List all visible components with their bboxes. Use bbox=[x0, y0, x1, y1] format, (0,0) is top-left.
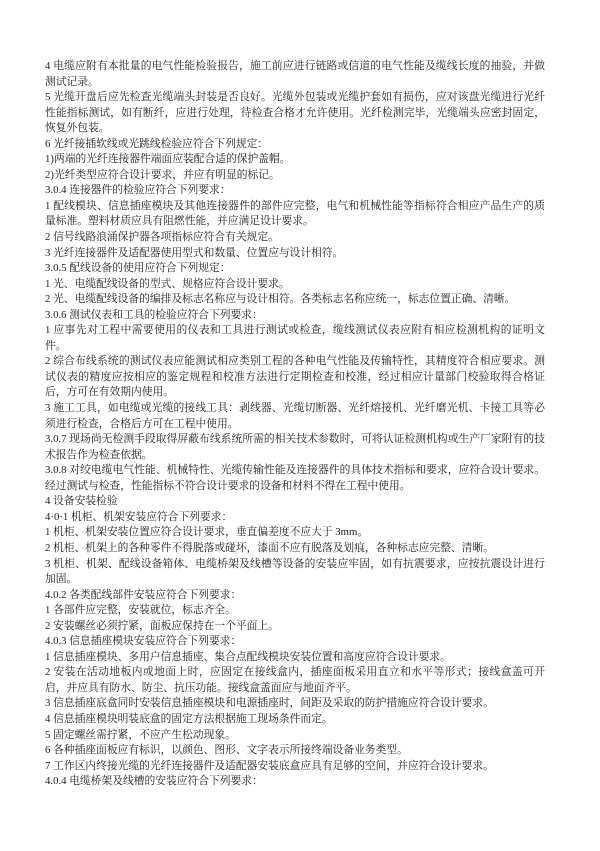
paragraph: 3.0.7 现场尚无检测手段取得屏蔽布线系统所需的相关技术参数时，可将认证检测机… bbox=[45, 432, 545, 463]
paragraph: 3 信息插座底盒同时安装信息插座模块和电源插座时，间距及采取的防护措施应符合设计… bbox=[45, 696, 545, 712]
paragraph: 1)两端的光纤连接器件端面应装配合适的保护盖帽。 bbox=[45, 152, 545, 168]
document-page: 4 电缆应附有本批量的电气性能检验报告，施工前应进行链路或信道的电气性能及缆线长… bbox=[0, 0, 600, 851]
paragraph: 5 固定螺丝需拧紧，不应产生松动现象。 bbox=[45, 728, 545, 744]
paragraph: 3 施工工具，如电缆或光缆的接线工具：剥线器、光缆切断器、光纤熔接机、光纤磨光机… bbox=[45, 401, 545, 432]
paragraph: 1 机柜、机架安装位置应符合设计要求，垂直偏差度不应大于 3mm。 bbox=[45, 525, 545, 541]
paragraph: 6 各种插座面板应有标识，以颜色、图形、文字表示所接终端设备业务类型。 bbox=[45, 743, 545, 759]
paragraph: 5 光缆开盘后应先检查光缆端头封装是否良好。光缆外包装或光缆护套如有损伤，应对该… bbox=[45, 90, 545, 137]
paragraph: 2 安装螺丝必须拧紧，面板应保持在一个平面上。 bbox=[45, 619, 545, 635]
paragraph: 4 信息插座模块明装底盒的固定方法根据施工现场条件而定。 bbox=[45, 712, 545, 728]
paragraph: 1 信息插座模块、多用户信息插座、集合点配线模块安装位置和高度应符合设计要求。 bbox=[45, 650, 545, 666]
paragraph: 4 电缆应附有本批量的电气性能检验报告，施工前应进行链路或信道的电气性能及缆线长… bbox=[45, 59, 545, 90]
paragraph: 6 光纤接插软线或光跳线检验应符合下列规定： bbox=[45, 137, 545, 153]
page-content: 4 电缆应附有本批量的电气性能检验报告，施工前应进行链路或信道的电气性能及缆线长… bbox=[45, 59, 545, 790]
paragraph: 2 综合布线系统的测试仪表应能测试相应类别工程的各种电气性能及传输特性，其精度符… bbox=[45, 354, 545, 401]
paragraph: 1 各部件应完整，安装就位，标志齐全。 bbox=[45, 603, 545, 619]
paragraph: 1 应事先对工程中需要使用的仪表和工具进行测试或检查，缆线测试仪表应附有相应检测… bbox=[45, 323, 545, 354]
paragraph: 7 工作区内终接光缆的光纤连接器件及适配器安装底盒应具有足够的空间，并应符合设计… bbox=[45, 759, 545, 775]
paragraph: 3 机柜、机架、配线设备箱体、电缆桥架及线槽等设备的安装应牢固，如有抗震要求，应… bbox=[45, 557, 545, 588]
paragraph: 2 光、电缆配线设备的编排及标志名称应与设计相符。各类标志名称应统一，标志位置正… bbox=[45, 292, 545, 308]
paragraph: 2)光纤类型应符合设计要求，并应有明显的标记。 bbox=[45, 168, 545, 184]
paragraph: 4·0·1 机柜、机架安装应符合下列要求： bbox=[45, 510, 545, 526]
paragraph: 4.0.3 信息插座模块安装应符合下列要求： bbox=[45, 634, 545, 650]
paragraph: 3.0.6 测试仪表和工具的检验应符合下列要求： bbox=[45, 308, 545, 324]
paragraph: 3.0.5 配线设备的使用应符合下列规定： bbox=[45, 261, 545, 277]
paragraph: 2 信号线路浪涌保护器各项指标应符合有关规定。 bbox=[45, 230, 545, 246]
paragraph: 4.0.4 电缆桥架及线槽的安装应符合下列要求： bbox=[45, 774, 545, 790]
paragraph: 1 配线模块、信息插座模块及其他连接器件的部件应完整，电气和机械性能等指标符合相… bbox=[45, 199, 545, 230]
paragraph: 2 安装在活动地板内或地面上时，应固定在接线盒内，插座面板采用直立和水平等形式；… bbox=[45, 665, 545, 696]
paragraph: 2 机柜、机架上的各种零件不得脱落或碰坏，漆面不应有脱落及划痕，各种标志应完整、… bbox=[45, 541, 545, 557]
paragraph: 3 光纤连接器件及适配器使用型式和数量、位置应与设计相符。 bbox=[45, 246, 545, 262]
paragraph: 4.0.2 各类配线部件安装应符合下列要求： bbox=[45, 588, 545, 604]
paragraph: 1 光、电缆配线设备的型式、规格应符合设计要求。 bbox=[45, 277, 545, 293]
paragraph: 3.0.4 连接器件的检验应符合下列要求： bbox=[45, 183, 545, 199]
paragraph: 3.0.8 对绞电缆电气性能、机械特性、光缆传输性能及连接器件的具体技术指标和要… bbox=[45, 463, 545, 494]
paragraph: 4 设备安装检验 bbox=[45, 494, 545, 510]
